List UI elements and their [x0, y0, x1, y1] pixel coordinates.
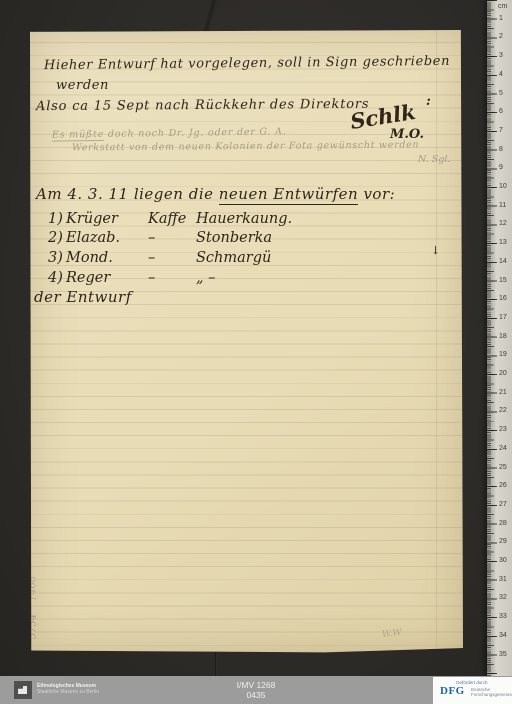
paper-fold-line: [436, 30, 438, 653]
list-number: 3): [48, 250, 66, 266]
list-item: 2)Elazab.–Stonberka: [48, 230, 272, 246]
ruler-number: 22: [499, 407, 511, 415]
list-number: 2): [48, 230, 66, 246]
heading-prefix: Am 4. 3. 11 liegen die: [36, 185, 219, 203]
ruler-number: 7: [499, 127, 511, 135]
ruler-number: 12: [499, 220, 511, 228]
ruler-number: 2: [499, 33, 511, 41]
list-name: Elazab.: [66, 230, 148, 246]
list-col3: „ –: [196, 270, 215, 286]
dfg-org-name: Deutsche Forschungsgemeinschaft: [471, 687, 512, 697]
dfg-org-line2: Forschungsgemeinschaft: [471, 692, 512, 697]
ruler-number: 25: [499, 464, 511, 472]
ruler-number: 31: [499, 576, 511, 584]
manuscript-page: Hieher Entwurf hat vorgelegen, soll in S…: [30, 30, 463, 653]
dfg-logo: DFG: [440, 685, 465, 697]
ruler-number: 14: [499, 258, 511, 266]
ruler-number: 9: [499, 164, 511, 172]
cm-ruler: cm 1234567891011121314151617181920212223…: [487, 0, 512, 677]
ruler-number: 17: [499, 314, 511, 322]
ruler-number: 30: [499, 557, 511, 565]
list-name: Reger: [66, 270, 148, 286]
ruler-number: 32: [499, 594, 511, 602]
list-col2: Kaffe: [148, 211, 196, 227]
ruler-number: 6: [499, 108, 511, 116]
ruler-number: 18: [499, 333, 511, 341]
list-col3: Hauerkaung.: [196, 211, 292, 227]
footer-bar: Ethnologisches Museum Staatliche Museen …: [0, 676, 512, 704]
ruler-number: 21: [499, 389, 511, 397]
handwritten-line: Hieher Entwurf hat vorgelegen, soll in S…: [44, 54, 450, 73]
scan-background: Hieher Entwurf hat vorgelegen, soll in S…: [0, 0, 512, 704]
ruler-number: 19: [499, 351, 511, 359]
ruler-number: 3: [499, 52, 511, 60]
list-col3: Schmargü: [196, 250, 271, 266]
margin-ink-mark: ↓: [431, 244, 440, 257]
ruler-number: 29: [499, 538, 511, 546]
list-col3: Stonberka: [196, 230, 272, 246]
margin-pencil-number: 5734: [28, 597, 39, 657]
entry-heading: Am 4. 3. 11 liegen die neuen Entwürfen v…: [36, 185, 395, 203]
pencil-initials: N. Sgl.: [418, 154, 450, 165]
ruler-number: 1: [499, 15, 511, 23]
heading-underlined: neuen Entwürfen: [219, 185, 358, 205]
ruler-number: 8: [499, 146, 511, 154]
ruler-number: 20: [499, 370, 511, 378]
ruler-number: 13: [499, 239, 511, 247]
pencil-rest: doch noch Dr. Jg. oder der G. A.: [104, 126, 287, 140]
ruler-number: 28: [499, 520, 511, 528]
pencil-note-line: Werkstatt von dem neuen Kolonien der Fot…: [72, 139, 419, 153]
ruler-number: 33: [499, 613, 511, 621]
closing-line: der Entwurf: [34, 288, 132, 306]
pencil-note-line: Es müßte doch noch Dr. Jg. oder der G. A…: [52, 126, 287, 140]
list-item: 4)Reger–„ –: [48, 270, 215, 286]
mat-crease-bottom: [215, 652, 217, 678]
ruler-number: 5: [499, 90, 511, 98]
ruler-number: 24: [499, 445, 511, 453]
ruler-number: 27: [499, 501, 511, 509]
ruler-number: 34: [499, 632, 511, 640]
ruler-number: 4: [499, 71, 511, 79]
handwritten-line: Also ca 15 Sept nach Rückkehr des Direkt…: [36, 97, 369, 114]
ruler-number: 35: [499, 651, 511, 659]
dfg-logo-block: Gefördert durch DFG Deutsche Forschungsg…: [433, 677, 512, 704]
list-item: 1)KrügerKaffeHauerkaung.: [48, 211, 292, 227]
list-number: 4): [48, 270, 66, 286]
ruler-number: 10: [499, 183, 511, 191]
ink-mark: :: [426, 94, 431, 109]
mat-crease-top: [185, 0, 235, 32]
ruler-number: 11: [499, 202, 511, 210]
list-col2: –: [148, 230, 196, 246]
list-item: 3)Mond.–Schmargü: [48, 250, 271, 266]
ruler-number: 15: [499, 277, 511, 285]
list-name: Krüger: [66, 211, 148, 227]
list-col2: –: [148, 250, 196, 266]
ruler-number: 23: [499, 426, 511, 434]
pencil-underlined: Es müßte: [52, 129, 104, 142]
pencil-mark-bottom-right: W.W: [382, 628, 403, 640]
handwritten-line: werden: [56, 78, 109, 93]
ruler-unit-label: cm: [498, 3, 507, 10]
list-col2: –: [148, 270, 196, 286]
ruler-number: 16: [499, 295, 511, 303]
ruler-cm-ticks: [487, 0, 497, 677]
list-name: Mond.: [66, 250, 148, 266]
list-number: 1): [48, 211, 66, 227]
heading-suffix: vor:: [358, 185, 395, 203]
ruler-number: 26: [499, 482, 511, 490]
